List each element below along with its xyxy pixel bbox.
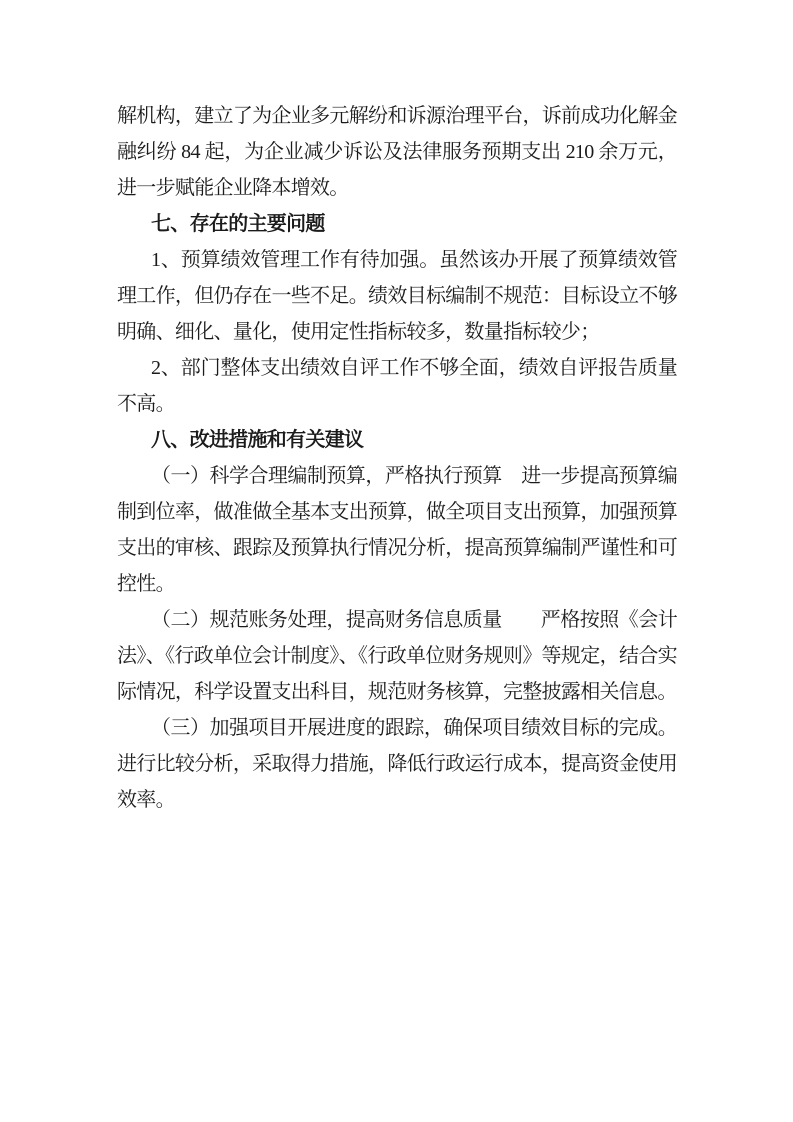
document-page: 解机构，建立了为企业多元解纷和诉源治理平台，诉前成功化解金融纠纷 84 起，为企… [0, 0, 793, 1122]
suggestion-item-3: （三）加强项目开展进度的跟踪，确保项目绩效目标的完成。进行比较分析，采取得力措施… [117, 710, 677, 818]
paragraph-continuation: 解机构，建立了为企业多元解纷和诉源治理平台，诉前成功化解金融纠纷 84 起，为企… [117, 98, 677, 206]
suggestion-item-2: （二）规范账务处理，提高财务信息质量 严格按照《会计法》、《行政单位会计制度》、… [117, 602, 677, 710]
problem-item-1: 1、预算绩效管理工作有待加强。虽然该办开展了预算绩效管理工作，但仍存在一些不足。… [117, 242, 677, 350]
problem-item-2: 2、部门整体支出绩效自评工作不够全面，绩效自评报告质量不高。 [117, 350, 677, 422]
section-heading-seven-main-problems: 七、存在的主要问题 [117, 206, 677, 242]
suggestion-item-1: （一）科学合理编制预算，严格执行预算 进一步提高预算编制到位率，做准做全基本支出… [117, 458, 677, 602]
section-heading-eight-improvement-suggestions: 八、改进措施和有关建议 [117, 422, 677, 458]
document-content: 解机构，建立了为企业多元解纷和诉源治理平台，诉前成功化解金融纠纷 84 起，为企… [117, 98, 677, 818]
